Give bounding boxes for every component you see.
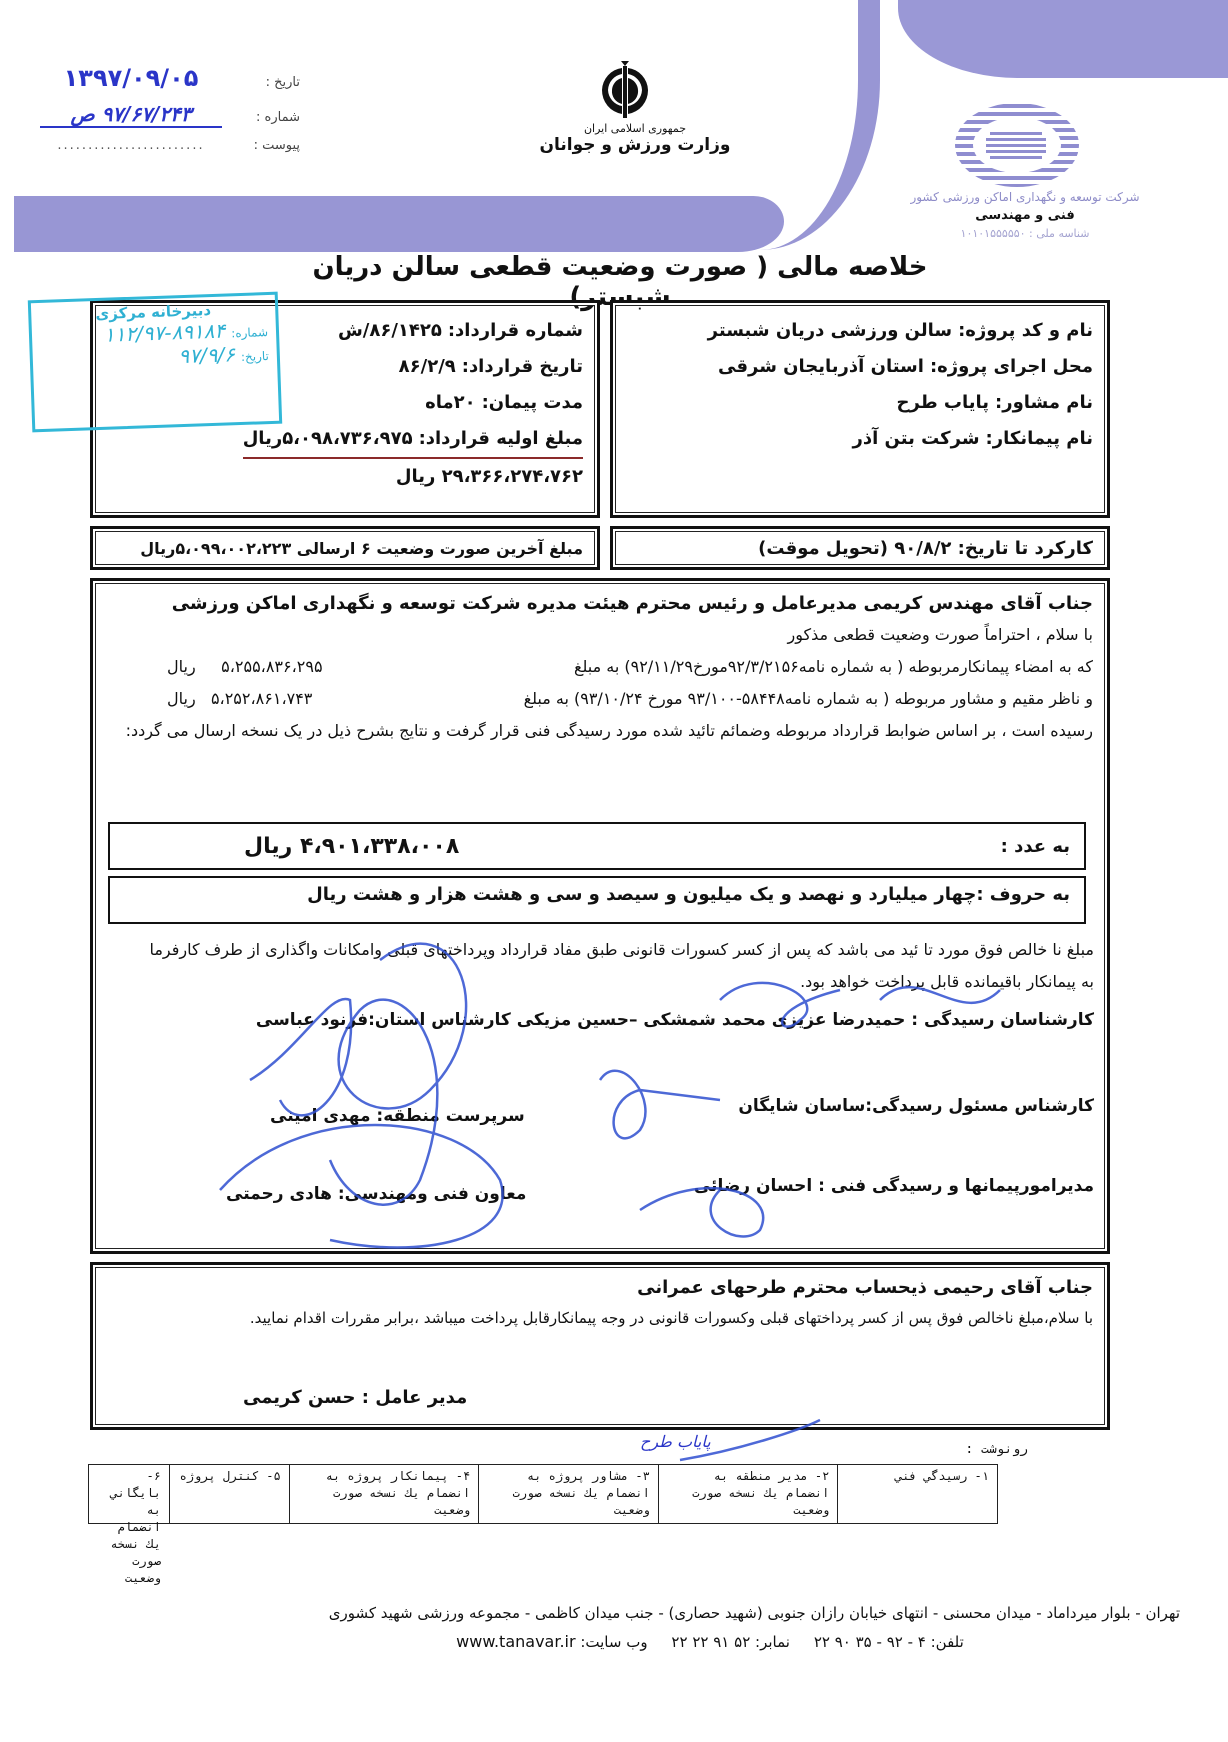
last-statement-box: مبلغ آخرین صورت وضعیت ۶ ارسالی ۵،۰۹۹،۰۰۲… bbox=[90, 526, 600, 570]
progress-date-box: کارکرد تا تاریخ: ۹۰/۸/۲ (تحویل موقت) bbox=[610, 526, 1110, 570]
forwarding-body: با سلام،مبلغ ناخالص فوق پس از کسر پرداخت… bbox=[107, 1303, 1093, 1333]
copy-item-2: ۲- مدیر منطقه به انضمام یك نسخه صورت وضع… bbox=[658, 1465, 838, 1523]
ministry-name: وزارت ورزش و جوانان bbox=[520, 135, 750, 155]
copy-item-6: ۶-بایگاني به انضمام یك نسخه صورت وضعیت bbox=[89, 1465, 169, 1523]
ref-attachment-label: پیوست : bbox=[230, 138, 300, 153]
letter-line-2-amount: ۵،۲۵۲،۸۶۱،۷۴۳ bbox=[211, 689, 312, 708]
organization-national-id: شناسه ملی : ۱۰۱۰۱۵۵۵۵۵۰ bbox=[860, 227, 1190, 240]
progress-date: کارکرد تا تاریخ: ۹۰/۸/۲ (تحویل موقت) bbox=[627, 535, 1093, 563]
project-location-value: استان آذربایجان شرقی bbox=[718, 356, 924, 377]
copy-item-3: ۳- مشاور پروژه به انضمام یك نسخه صورت وض… bbox=[478, 1465, 658, 1523]
copies-label: رونوشت : bbox=[965, 1442, 1028, 1457]
received-stamp-date: ۹۷/۹/۶ bbox=[178, 342, 235, 368]
letter-line-2-text: و ناظر مقیم و مشاور مربوطه ( به شماره نا… bbox=[524, 683, 1093, 715]
contractor-label: نام پیمانکار: bbox=[986, 428, 1093, 449]
contracts-manager-line: مدیرامورپیمانها و رسیدگی فنی : احسان رضا… bbox=[694, 1176, 1094, 1196]
letter-line-1-amount: ۵،۲۵۵،۸۳۶،۲۹۵ bbox=[221, 657, 322, 676]
footer-address: تهران - بلوار میرداماد - میدان محسنی - ا… bbox=[120, 1600, 1180, 1626]
contract-duration-label: مدت پیمان: bbox=[482, 392, 583, 413]
ref-date-value: ۱۳۹۷/۰۹/۰۵ bbox=[40, 64, 222, 92]
ref-attachment-value: ........................ bbox=[40, 138, 222, 153]
letter-line-1-amount-group: ۵،۲۵۵،۸۳۶،۲۹۵ ریال bbox=[167, 651, 323, 683]
ref-date-row: تاریخ : ۱۳۹۷/۰۹/۰۵ bbox=[40, 64, 300, 92]
reference-block: تاریخ : ۱۳۹۷/۰۹/۰۵ شماره : ۹۷/۶۷/۲۴۳ ص پ… bbox=[40, 64, 300, 163]
reviewers-line: کارشناسان رسیدگی : حمیدرضا عزیزی محمد شم… bbox=[256, 1010, 1094, 1030]
organization-name: شرکت توسعه و نگهداری اماکن ورزشی کشور bbox=[860, 190, 1190, 204]
copy-item-1: ۱- رسیدگي فني bbox=[837, 1465, 997, 1523]
amount-in-figures-box: به عدد : ۴،۹۰۱،۳۳۸،۰۰۸ ریال bbox=[108, 822, 1086, 870]
regional-supervisor-line: سرپرست منطقه: مهدی امینی bbox=[270, 1106, 525, 1126]
letter-line-1-unit: ریال bbox=[167, 657, 196, 676]
ref-date-label: تاریخ : bbox=[230, 75, 300, 90]
footer-contact: تلفن: ۴ - ۹۲ - ۳۵ ۹۰ ۲۲ نمابر: ۵۲ ۹۱ ۲۲ … bbox=[120, 1632, 1180, 1651]
approval-note: مبلغ نا خالص فوق مورد تا ئید می باشد که … bbox=[134, 934, 1094, 998]
letter-greeting: با سلام ، احتراماً صورت وضعیت قطعی مذکور bbox=[107, 619, 1093, 651]
copies-table: ۱- رسیدگي فني ۲- مدیر منطقه به انضمام یك… bbox=[88, 1464, 998, 1524]
amount-in-words-box: به حروف :چهار میلیارد و نهصد و یک میلیون… bbox=[108, 876, 1086, 924]
initial-amount-label: مبلغ اولیه قرارداد: bbox=[419, 428, 583, 449]
initial-amount-value: ۵،۰۹۸،۷۳۶،۹۷۵ریال bbox=[243, 428, 413, 449]
forwarding-signer: مدیر عامل : حسن کریمی bbox=[243, 1383, 467, 1413]
amount-in-figures-value: ۴،۹۰۱،۳۳۸،۰۰۸ ریال bbox=[244, 834, 459, 859]
ref-number-row: شماره : ۹۷/۶۷/۲۴۳ ص bbox=[40, 102, 300, 128]
country-name: جمهوری اسلامی ایران bbox=[520, 122, 750, 135]
amount-in-figures-label: به عدد : bbox=[1001, 836, 1070, 857]
ref-number-label: شماره : bbox=[230, 110, 300, 125]
footer-fax: نمابر: ۵۲ ۹۱ ۲۲ ۲۲ bbox=[671, 1633, 790, 1651]
lead-reviewer-line: کارشناس مسئول رسیدگی:ساسان شایگان bbox=[738, 1096, 1094, 1116]
ref-attachment-row: پیوست : ........................ bbox=[40, 138, 300, 153]
received-stamp: دبیرخانه مرکزی شماره: ۱۱۲/۹۷-۸۹۱۸۴ تاریخ… bbox=[28, 292, 282, 433]
letter-line-2-unit: ریال bbox=[167, 689, 196, 708]
amount-in-words: به حروف :چهار میلیارد و نهصد و یک میلیون… bbox=[307, 884, 1070, 905]
handwritten-copy-note: پایاب طرح bbox=[640, 1432, 711, 1451]
contractor-value: شرکت بتن آذر bbox=[853, 428, 980, 449]
organization-block: شرکت توسعه و نگهداری اماکن ورزشی کشور فن… bbox=[860, 190, 1190, 240]
contractor-line: نام پیمانکار:شرکت بتن آذر bbox=[627, 421, 1093, 457]
project-name-line: نام و کد پروژه:سالن ورزشی دریان شبستر bbox=[627, 313, 1093, 349]
contract-number-label: شماره قرارداد: bbox=[448, 320, 583, 341]
organization-logo-icon bbox=[952, 100, 1082, 190]
header-band-left bbox=[14, 196, 784, 252]
letter-line-1-text: که به امضاء پیمانکارمربوطه ( به شماره نا… bbox=[574, 651, 1093, 683]
letter-line-3: رسیده است ، بر اساس ضوابط قرارداد مربوطه… bbox=[107, 715, 1093, 747]
initial-amount-line: مبلغ اولیه قرارداد:۵،۰۹۸،۷۳۶،۹۷۵ریال bbox=[243, 421, 583, 459]
contract-number-value: ۸۶/۱۴۲۵/ش bbox=[338, 320, 442, 341]
footer: تهران - بلوار میرداماد - میدان محسنی - ا… bbox=[120, 1600, 1180, 1651]
letter-line-2-amount-group: ۵،۲۵۲،۸۶۱،۷۴۳ ریال bbox=[167, 683, 312, 715]
received-stamp-number-label: شماره: bbox=[231, 325, 268, 340]
consultant-line: نام مشاور:پایاب طرح bbox=[627, 385, 1093, 421]
iran-emblem-icon bbox=[590, 60, 660, 122]
project-name-label: نام و کد پروژه: bbox=[958, 320, 1093, 341]
forwarding-box: جناب آقای رحیمی ذیحساب محترم طرحهای عمرا… bbox=[90, 1262, 1110, 1430]
project-location-label: محل اجرای پروژه: bbox=[930, 356, 1093, 377]
adjusted-amount: ۲۹،۳۶۶،۲۷۴،۷۶۲ ریال bbox=[107, 459, 583, 495]
footer-website-link[interactable]: www.tanavar.ir bbox=[456, 1632, 575, 1651]
forwarding-salutation: جناب آقای رحیمی ذیحساب محترم طرحهای عمرا… bbox=[107, 1273, 1093, 1303]
received-stamp-date-label: تاریخ: bbox=[241, 349, 269, 364]
letter-line-2: و ناظر مقیم و مشاور مربوطه ( به شماره نا… bbox=[107, 683, 1093, 715]
technical-deputy-line: معاون فنی ومهندسی: هادی رحمتی bbox=[226, 1184, 526, 1204]
last-statement: مبلغ آخرین صورت وضعیت ۶ ارسالی ۵،۰۹۹،۰۰۲… bbox=[107, 535, 583, 563]
header-band-top bbox=[898, 0, 1228, 78]
project-name-value: سالن ورزشی دریان شبستر bbox=[708, 320, 952, 341]
letter-line-1: که به امضاء پیمانکارمربوطه ( به شماره نا… bbox=[107, 651, 1093, 683]
contract-date-value: ۸۶/۲/۹ bbox=[399, 356, 456, 377]
ministry-heading: جمهوری اسلامی ایران وزارت ورزش و جوانان bbox=[520, 122, 750, 155]
consultant-value: پایاب طرح bbox=[897, 392, 990, 413]
project-location-line: محل اجرای پروژه:استان آذربایجان شرقی bbox=[627, 349, 1093, 385]
contract-duration-value: ۲۰ماه bbox=[425, 392, 476, 413]
contract-date-label: تاریخ قرارداد: bbox=[462, 356, 583, 377]
letter-salutation: جناب آقای مهندس کریمی مدیرعامل و رئیس مح… bbox=[107, 589, 1093, 619]
footer-phone: تلفن: ۴ - ۹۲ - ۳۵ ۹۰ ۲۲ bbox=[814, 1633, 964, 1651]
ref-number-value: ۹۷/۶۷/۲۴۳ ص bbox=[40, 102, 222, 128]
organization-department: فنی و مهندسی bbox=[860, 208, 1190, 223]
copy-item-5: ۵- كنترل پروژه bbox=[169, 1465, 289, 1523]
footer-website-label: وب سایت: bbox=[580, 1633, 647, 1651]
consultant-label: نام مشاور: bbox=[995, 392, 1093, 413]
project-info-box: نام و کد پروژه:سالن ورزشی دریان شبستر مح… bbox=[610, 300, 1110, 518]
copy-item-4: ۴- پیمانكار پروژه به انضمام یك نسخه صورت… bbox=[289, 1465, 479, 1523]
